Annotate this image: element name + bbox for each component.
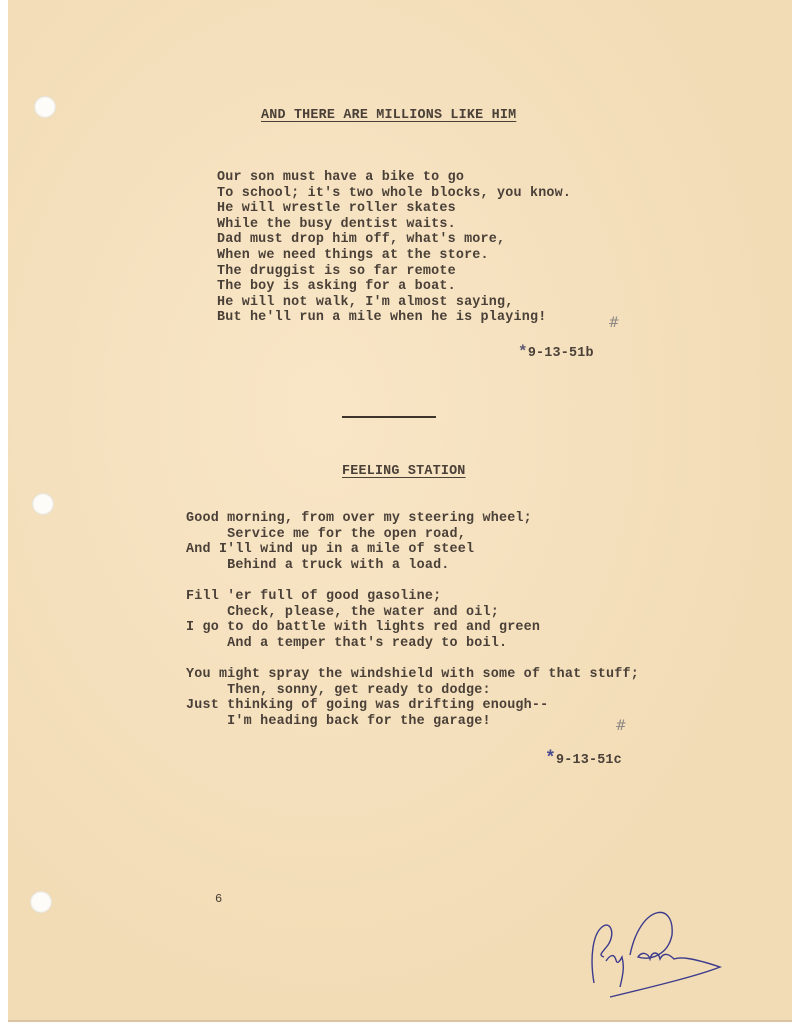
verse-line: The druggist is so far remote — [217, 264, 571, 280]
verse-line: Our son must have a bike to go — [217, 170, 571, 186]
verse-line: He will not walk, I'm almost saying, — [217, 295, 571, 311]
verse-line: Just thinking of going was drifting enou… — [186, 698, 639, 714]
section-divider — [342, 416, 436, 418]
stanza-gap — [186, 573, 639, 589]
poem-code-text: 9-13-51c — [556, 753, 622, 768]
page-number: 6 — [215, 892, 222, 906]
binder-hole — [30, 891, 52, 913]
stanza-gap — [186, 651, 639, 667]
verse-line: And I'll wind up in a mile of steel — [186, 542, 639, 558]
pencil-mark-icon: # — [615, 718, 627, 734]
star-mark-icon: * — [518, 343, 528, 361]
verse-line: Fill 'er full of good gasoline; — [186, 589, 639, 605]
poem-title: AND THERE ARE MILLIONS LIKE HIM — [261, 108, 516, 123]
pencil-mark-icon: # — [608, 315, 620, 331]
verse-line: When we need things at the store. — [217, 248, 571, 264]
verse-line: To school; it's two whole blocks, you kn… — [217, 186, 571, 202]
verse-line: But he'll run a mile when he is playing! — [217, 310, 571, 326]
binder-hole — [34, 96, 56, 118]
verse-line: Check, please, the water and oil; — [186, 605, 639, 621]
verse-line: You might spray the windshield with some… — [186, 667, 639, 683]
verse-line: And a temper that's ready to boil. — [186, 636, 639, 652]
star-mark-icon: * — [545, 749, 556, 769]
verse-line: Service me for the open road, — [186, 527, 639, 543]
signature — [580, 905, 730, 1000]
verse-line: While the busy dentist waits. — [217, 217, 571, 233]
verse-line: Dad must drop him off, what's more, — [217, 232, 571, 248]
verse-line: The boy is asking for a boat. — [217, 279, 571, 295]
poem-verse: Good morning, from over my steering whee… — [186, 511, 639, 729]
verse-line: I go to do battle with lights red and gr… — [186, 620, 639, 636]
binder-hole — [32, 493, 54, 515]
poem-code: *9-13-51c — [545, 749, 622, 769]
poem-code-text: 9-13-51b — [528, 346, 594, 361]
verse-line: Good morning, from over my steering whee… — [186, 511, 639, 527]
poem-title: FEELING STATION — [342, 464, 466, 479]
verse-line: Then, sonny, get ready to dodge: — [186, 683, 639, 699]
poem-verse: Our son must have a bike to goTo school;… — [217, 170, 571, 326]
verse-line: He will wrestle roller skates — [217, 201, 571, 217]
verse-line: Behind a truck with a load. — [186, 558, 639, 574]
poem-code: *9-13-51b — [518, 343, 594, 361]
verse-line: I'm heading back for the garage! — [186, 714, 639, 730]
